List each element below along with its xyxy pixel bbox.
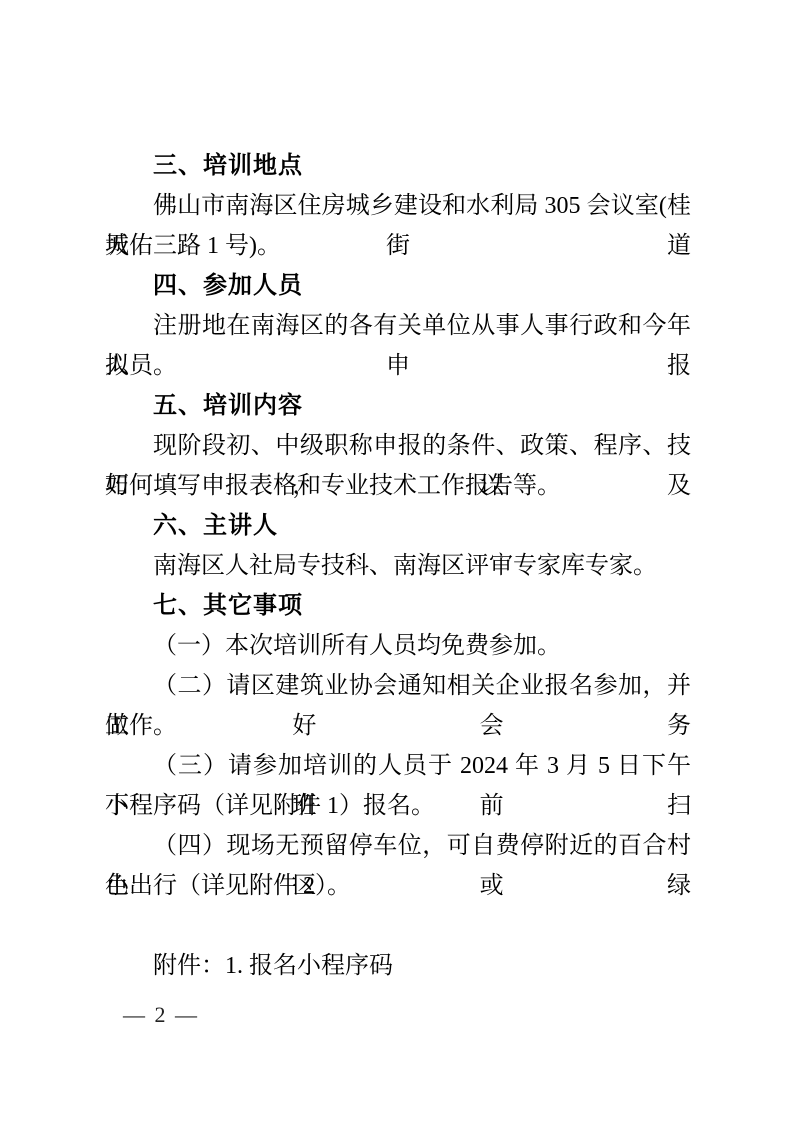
text-line: 注册地在南海区的各有关单位从事人事行政和今年拟申报 [105, 306, 691, 346]
text-line: （三）请参加培训的人员于 2024 年 3 月 5 日下午下班前扫 [105, 746, 691, 786]
document-body: 三、培训地点佛山市南海区住房城乡建设和水利局 305 会议室(桂城街道天佑三路 … [105, 146, 691, 986]
text-line: 佛山市南海区住房城乡建设和水利局 305 会议室(桂城街道 [105, 186, 691, 226]
text-line: （一）本次培训所有人员均免费参加。 [105, 626, 691, 666]
section-heading: 五、培训内容 [105, 386, 691, 426]
section-heading: 四、参加人员 [105, 266, 691, 306]
text-line: （四）现场无预留停车位，可自费停附近的百合村小区或绿 [105, 826, 691, 866]
document-page: 三、培训地点佛山市南海区住房城乡建设和水利局 305 会议室(桂城街道天佑三路 … [0, 0, 794, 1123]
text-line: 现阶段初、中级职称申报的条件、政策、程序、技巧，以及 [105, 426, 691, 466]
page-number: — 2 — [123, 1002, 199, 1028]
section-heading: 三、培训地点 [105, 146, 691, 186]
text-line: 南海区人社局专技科、南海区评审专家库专家。 [105, 546, 691, 586]
attachment-note: 附件：1. 报名小程序码 [105, 946, 691, 986]
line-spacer [105, 906, 691, 946]
section-heading: 七、其它事项 [105, 586, 691, 626]
section-heading: 六、主讲人 [105, 506, 691, 546]
text-line: （二）请区建筑业协会通知相关企业报名参加，并做好会务 [105, 666, 691, 706]
